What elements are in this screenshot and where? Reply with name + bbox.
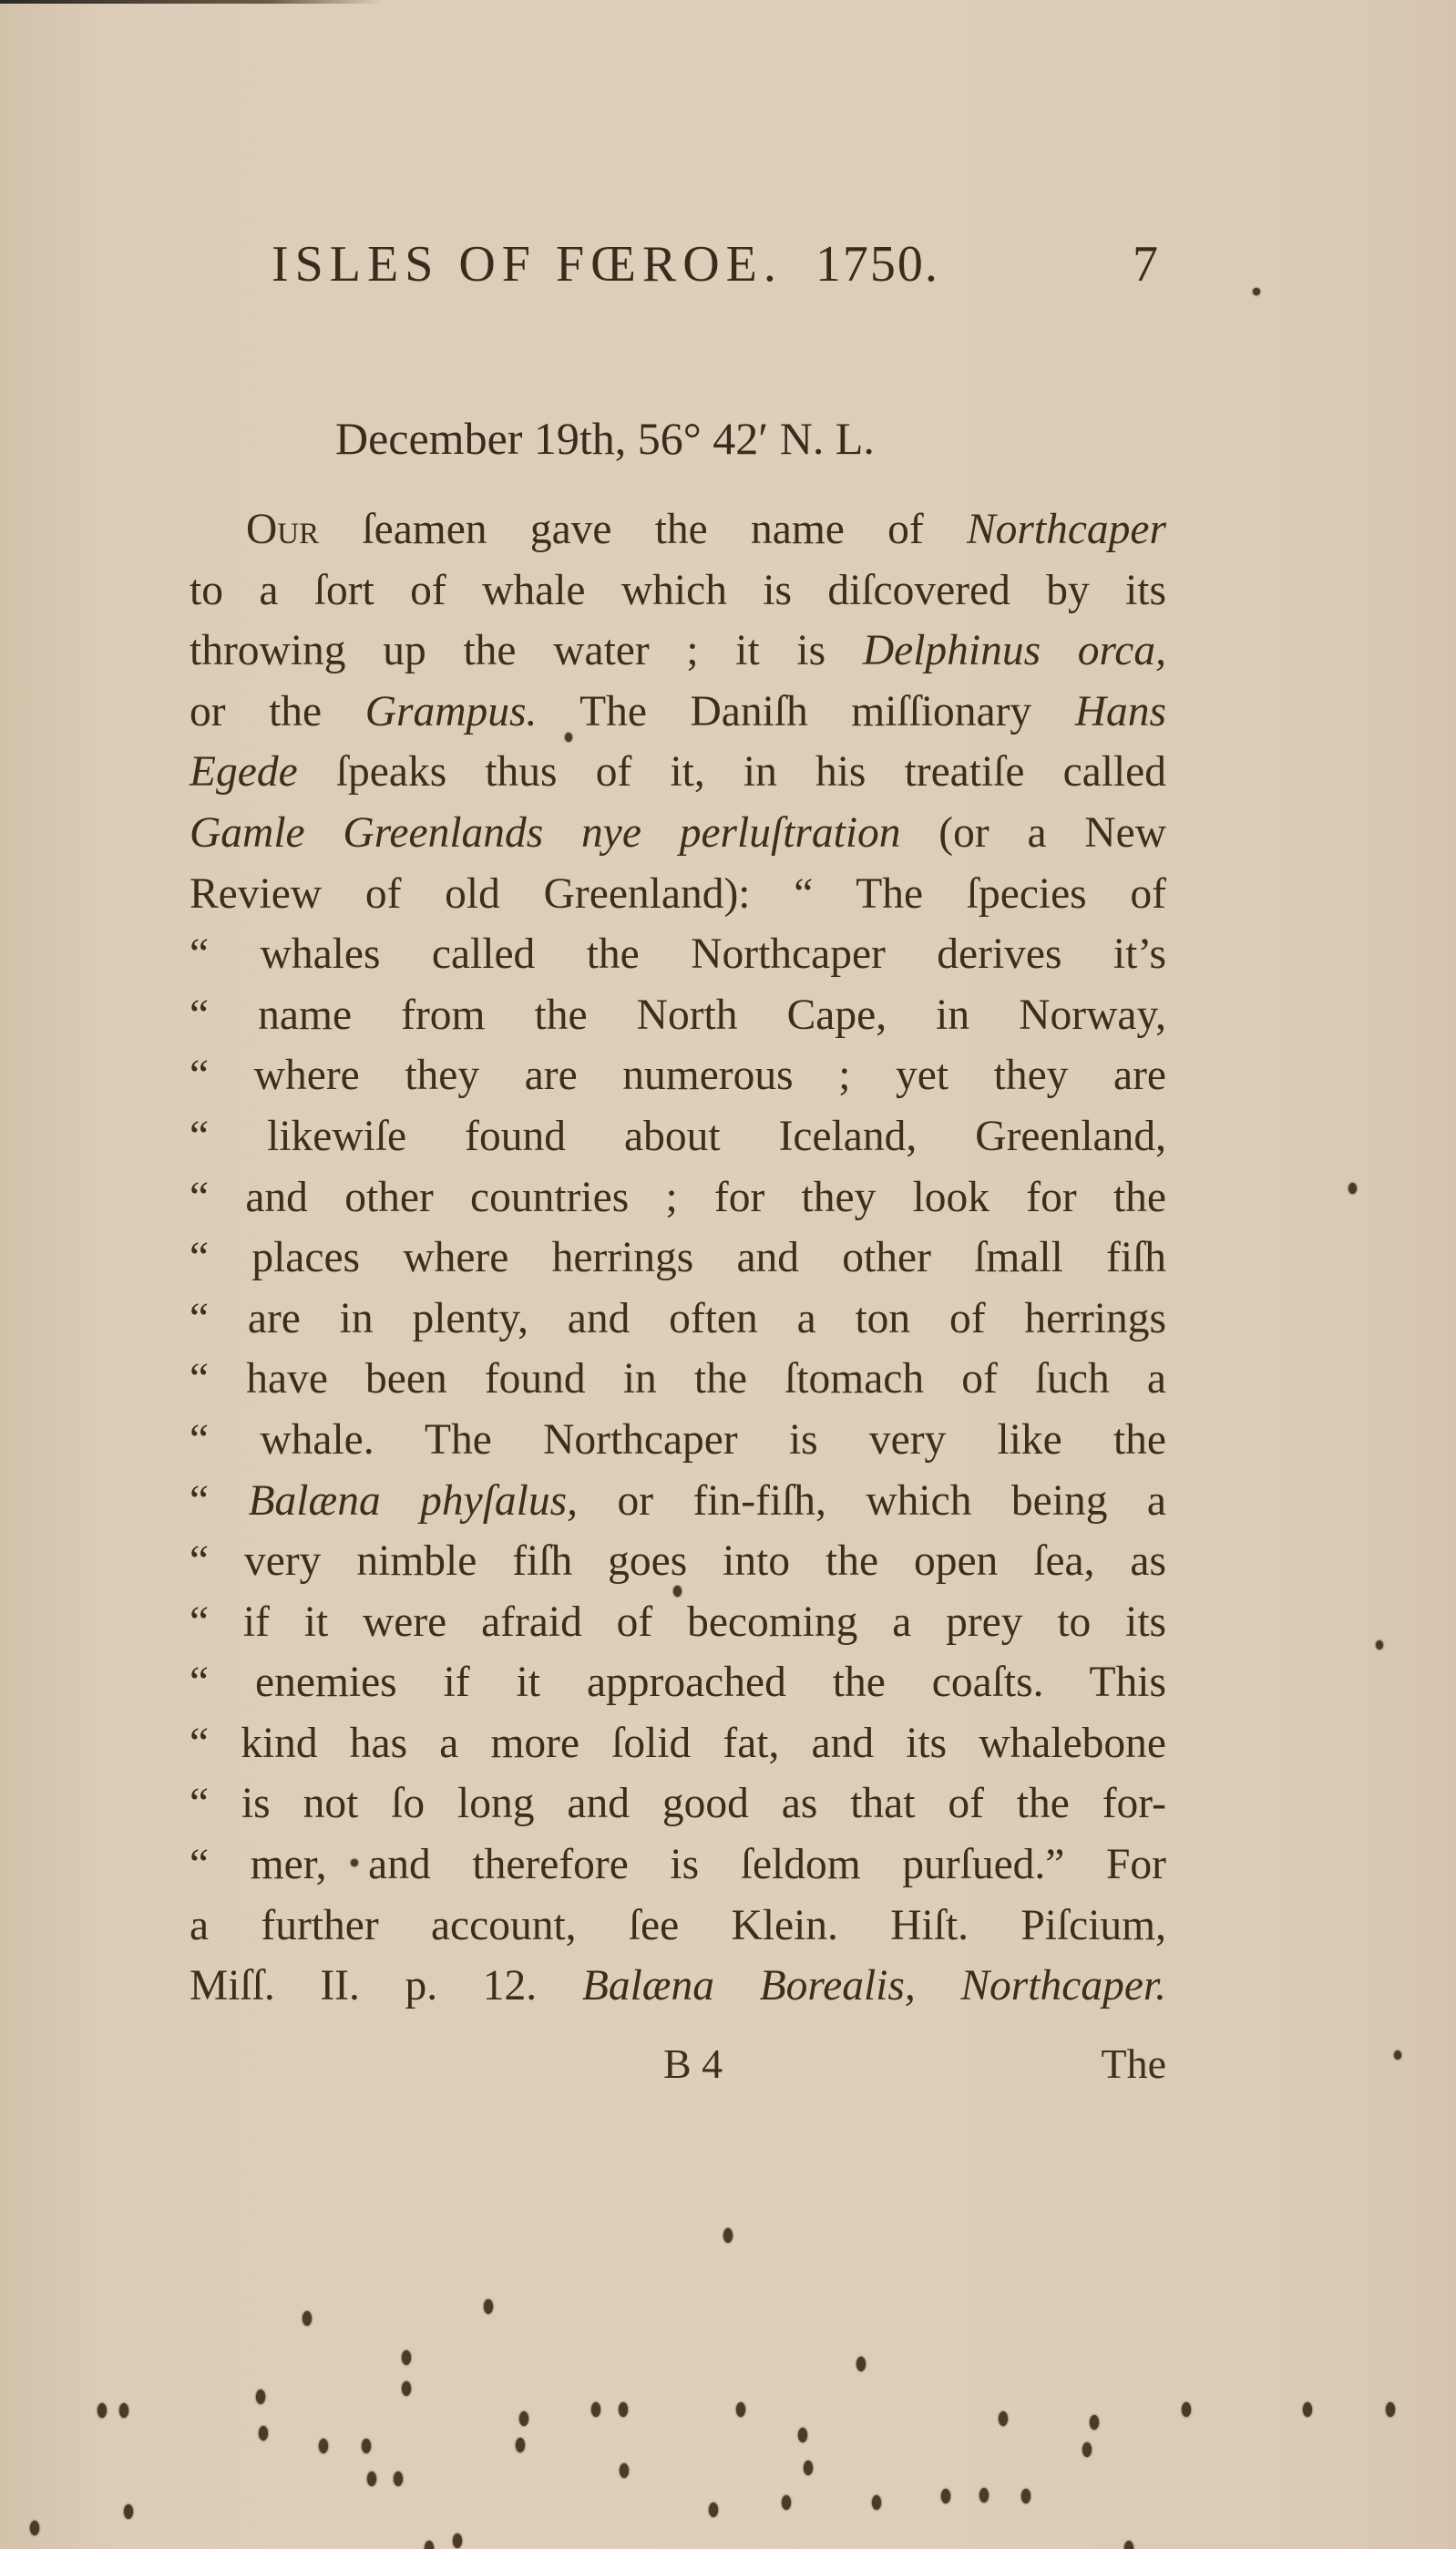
body-line: or the Grampus. The Daniſh miſſionary Ha… [190, 682, 1166, 743]
running-head-year: 1750. [815, 236, 939, 293]
page-number: 7 [1133, 235, 1164, 293]
body-line: “ places where herrings and other ſmall … [190, 1228, 1166, 1289]
body-line: “ if it were afraid of becoming a prey t… [190, 1592, 1166, 1653]
running-head-title: ISLES OF FŒROE. [272, 236, 783, 293]
body-line: “ whales called the Northcaper derives i… [190, 924, 1166, 985]
catchword: The [1101, 2040, 1166, 2088]
running-head: ISLES OF FŒROE.1750. 7 [272, 235, 1164, 293]
body-line: “ very nimble fiſh goes into the open ſe… [190, 1531, 1166, 1592]
body-line: “ enemies if it approached the coaſts. T… [190, 1652, 1166, 1713]
body-line: “ and other countries ; for they look fo… [190, 1167, 1166, 1228]
body-text: Our ſeamen gave the name of Northcaper t… [190, 499, 1166, 2017]
body-line: “ are in plenty, and often a ton of herr… [190, 1289, 1166, 1350]
body-line: “ have been found in the ſtomach of ſuch… [190, 1349, 1166, 1410]
body-line: a further account, ſee Klein. Hiſt. Piſc… [190, 1896, 1166, 1957]
dateline: December 19th, 56° 42′ N. L. [335, 412, 875, 465]
body-line: “ name from the North Cape, in Norway, [190, 985, 1166, 1046]
body-line: Gamle Greenlands nye perluſtration (or a… [190, 803, 1166, 864]
body-line: “ Balæna phyſalus, or fin-fiſh, which be… [190, 1471, 1166, 1532]
body-line: to a ſort of whale which is diſcovered b… [190, 560, 1166, 622]
body-line: “ kind has a more ſolid fat, and its wha… [190, 1713, 1166, 1774]
body-line: “ whale. The Northcaper is very like the [190, 1410, 1166, 1471]
page-footer: B 4 The [190, 2040, 1166, 2094]
body-line: Our ſeamen gave the name of Northcaper [190, 499, 1166, 560]
signature-mark: B 4 [663, 2040, 723, 2088]
body-line: Review of old Greenland): “ The ſpecies … [190, 864, 1166, 925]
body-line: “ likewiſe found about Iceland, Greenlan… [190, 1106, 1166, 1167]
body-line: “ where they are numerous ; yet they are [190, 1045, 1166, 1106]
body-line: throwing up the water ; it is Delphinus … [190, 621, 1166, 682]
body-line: Miſſ. II. p. 12. Balæna Borealis, Northc… [190, 1956, 1166, 2017]
book-page: ISLES OF FŒROE.1750. 7 December 19th, 56… [0, 0, 1456, 2549]
body-line: “ mer, and therefore is ſeldom purſued.”… [190, 1835, 1166, 1896]
body-line: Egede ſpeaks thus of it, in his treatiſe… [190, 742, 1166, 803]
body-line: “ is not ſo long and good as that of the… [190, 1773, 1166, 1835]
